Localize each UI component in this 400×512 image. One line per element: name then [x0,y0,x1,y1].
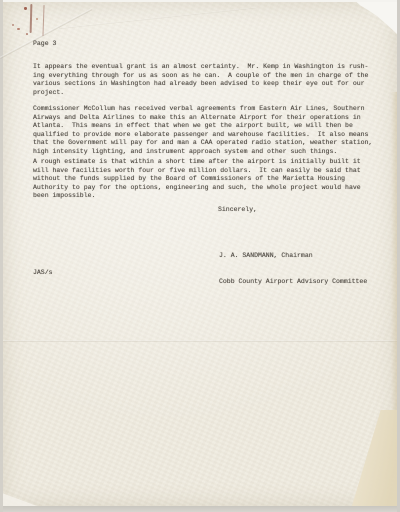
signature-block: J. A. SANDMANN, Chairman Cobb County Air… [219,235,367,304]
closing-salutation: Sincerely, [218,206,257,215]
letter-text: Page 3 It appears the eventual grant is … [0,0,400,512]
letter-paragraph: It appears the eventual grant is an almo… [33,63,368,97]
typist-initials: JAS/s [33,269,53,278]
letter-paragraph: A rough estimate is that within a short … [33,158,361,201]
letter-paragraph: Commissioner McCollum has received verba… [33,105,372,157]
signature-name: J. A. SANDMANN, Chairman [219,252,367,261]
document-scan: Page 3 It appears the eventual grant is … [0,0,400,512]
page-number-label: Page 3 [33,40,56,49]
signature-organization: Cobb County Airport Advisory Committee [219,278,367,287]
